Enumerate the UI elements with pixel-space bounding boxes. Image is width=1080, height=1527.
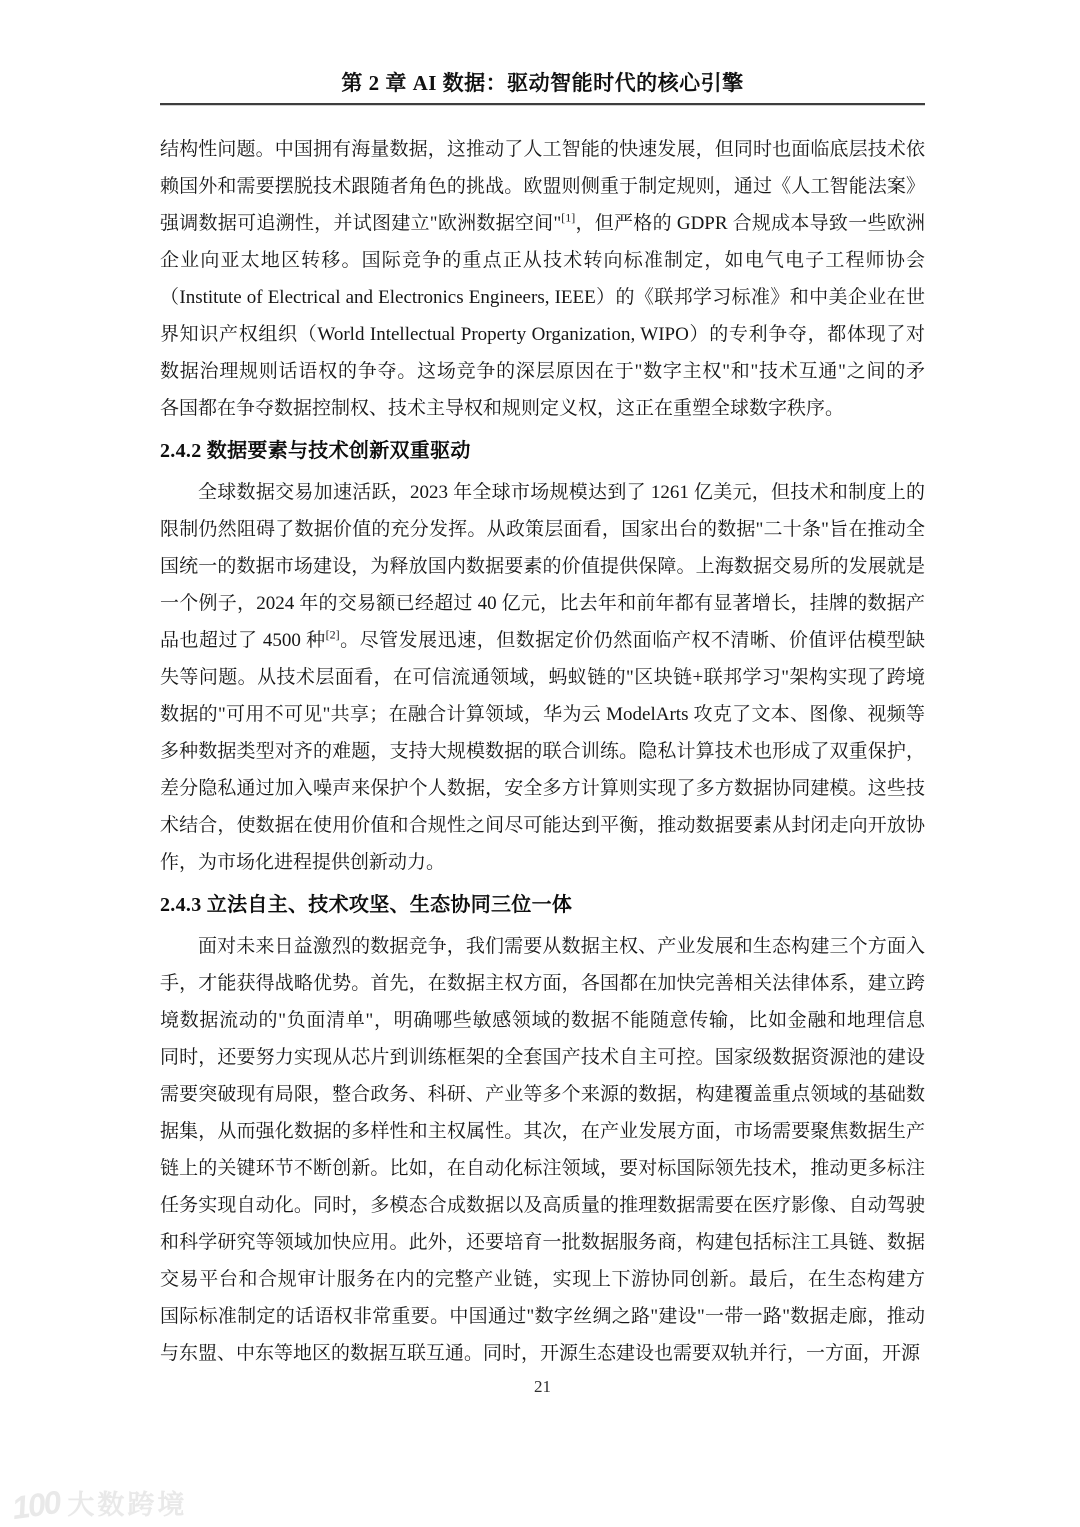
paragraph-line: 界知识产权组织（World Intellectual Property Orga…	[160, 316, 925, 353]
watermark-logo-icon: 100	[10, 1486, 61, 1524]
paragraph-line: 失等问题。从技术层面看，在可信流通领域，蚂蚁链的"区块链+联邦学习"架构实现了跨…	[160, 659, 925, 696]
document-page: 第 2 章 AI 数据：驱动智能时代的核心引擎 结构性问题。中国拥有海量数据，这…	[0, 0, 1080, 1527]
paragraph-line: 差分隐私通过加入噪声来保护个人数据，安全多方计算则实现了多方数据协同建模。这些技	[160, 770, 925, 807]
paragraph-line: 各国都在争夺数据控制权、技术主导权和规则定义权，这正在重塑全球数字秩序。	[160, 390, 925, 427]
paragraph-line: 面对未来日益激烈的数据竞争，我们需要从数据主权、产业发展和生态构建三个方面入	[160, 928, 925, 965]
watermark: 100 大数跨境	[12, 1489, 187, 1521]
paragraph-line: 结构性问题。中国拥有海量数据，这推动了人工智能的快速发展，但同时也面临底层技术依	[160, 131, 925, 168]
paragraph-line: 境数据流动的"负面清单"，明确哪些敏感领域的数据不能随意传输，比如金融和地理信息…	[160, 1002, 925, 1039]
paragraph-line: 同时，还要努力实现从芯片到训练框架的全套国产技术自主可控。国家级数据资源池的建设	[160, 1039, 925, 1076]
paragraph-line: 国统一的数据市场建设，为释放国内数据要素的价值提供保障。上海数据交易所的发展就是	[160, 548, 925, 585]
paragraph-line: 品也超过了 4500 种[2]。尽管发展迅速，但数据定价仍然面临产权不清晰、价值…	[160, 622, 925, 659]
paragraph-line: 全球数据交易加速活跃，2023 年全球市场规模达到了 1261 亿美元，但技术和…	[160, 474, 925, 511]
paragraph-line: 任务实现自动化。同时，多模态合成数据以及高质量的推理数据需要在医疗影像、自动驾驶	[160, 1187, 925, 1224]
paragraph-line: 交易平台和合规审计服务在内的完整产业链，实现上下游协同创新。最后，在生态构建方面…	[160, 1261, 925, 1298]
paragraph-line: 多种数据类型对齐的难题，支持大规模数据的联合训练。隐私计算技术也形成了双重保护，	[160, 733, 925, 770]
paragraph-line: 强调数据可追溯性，并试图建立"欧洲数据空间"[1]，但严格的 GDPR 合规成本…	[160, 205, 925, 242]
paragraph-line: 和科学研究等领域加快应用。此外，还要培育一批数据服务商，构建包括标注工具链、数据	[160, 1224, 925, 1261]
paragraph-line: 赖国外和需要摆脱技术跟随者角色的挑战。欧盟则侧重于制定规则，通过《人工智能法案》	[160, 168, 925, 205]
header-rule	[160, 103, 925, 105]
running-header: 第 2 章 AI 数据：驱动智能时代的核心引擎	[160, 0, 925, 105]
paragraph-line: 据集，从而强化数据的多样性和主权属性。其次，在产业发展方面，市场需要聚焦数据生产	[160, 1113, 925, 1150]
paragraph-line: 企业向亚太地区转移。国际竞争的重点正从技术转向标准制定，如电气电子工程师协会	[160, 242, 925, 279]
paragraph-line: 手，才能获得战略优势。首先，在数据主权方面，各国都在加快完善相关法律体系，建立跨	[160, 965, 925, 1002]
paragraph-line: 需要突破现有局限，整合政务、科研、产业等多个来源的数据，构建覆盖重点领域的基础数	[160, 1076, 925, 1113]
paragraph-line: 数据治理规则话语权的争夺。这场竞争的深层原因在于"数字主权"和"技术互通"之间的…	[160, 353, 925, 390]
paragraph-line: 作，为市场化进程提供创新动力。	[160, 844, 925, 881]
paragraph-line: 与东盟、中东等地区的数据互联互通。同时，开源生态建设也需要双轨并行，一方面，开源	[160, 1335, 925, 1372]
watermark-label: 大数跨境	[67, 1492, 187, 1519]
page-number: 21	[160, 1377, 925, 1397]
paragraph-line: 链上的关键环节不断创新。比如，在自动化标注领域，要对标国际领先技术，推动更多标注	[160, 1150, 925, 1187]
chapter-title: 第 2 章 AI 数据：驱动智能时代的核心引擎	[160, 70, 925, 96]
paragraph-line: 术结合，使数据在使用价值和合规性之间尽可能达到平衡，推动数据要素从封闭走向开放协	[160, 807, 925, 844]
paragraph-line: 国际标准制定的话语权非常重要。中国通过"数字丝绸之路"建设"一带一路"数据走廊，…	[160, 1298, 925, 1335]
paragraph-line: 一个例子，2024 年的交易额已经超过 40 亿元，比去年和前年都有显著增长，挂…	[160, 585, 925, 622]
paragraph-line: 限制仍然阻碍了数据价值的充分发挥。从政策层面看，国家出台的数据"二十条"旨在推动…	[160, 511, 925, 548]
paragraph-line: （Institute of Electrical and Electronics…	[160, 279, 925, 316]
paragraph-line: 数据的"可用不可见"共享；在融合计算领域，华为云 ModelArts 攻克了文本…	[160, 696, 925, 733]
section-heading: 2.4.3 立法自主、技术攻坚、生态协同三位一体	[160, 887, 925, 924]
section-heading: 2.4.2 数据要素与技术创新双重驱动	[160, 433, 925, 470]
page-body: 结构性问题。中国拥有海量数据，这推动了人工智能的快速发展，但同时也面临底层技术依…	[160, 131, 925, 1372]
